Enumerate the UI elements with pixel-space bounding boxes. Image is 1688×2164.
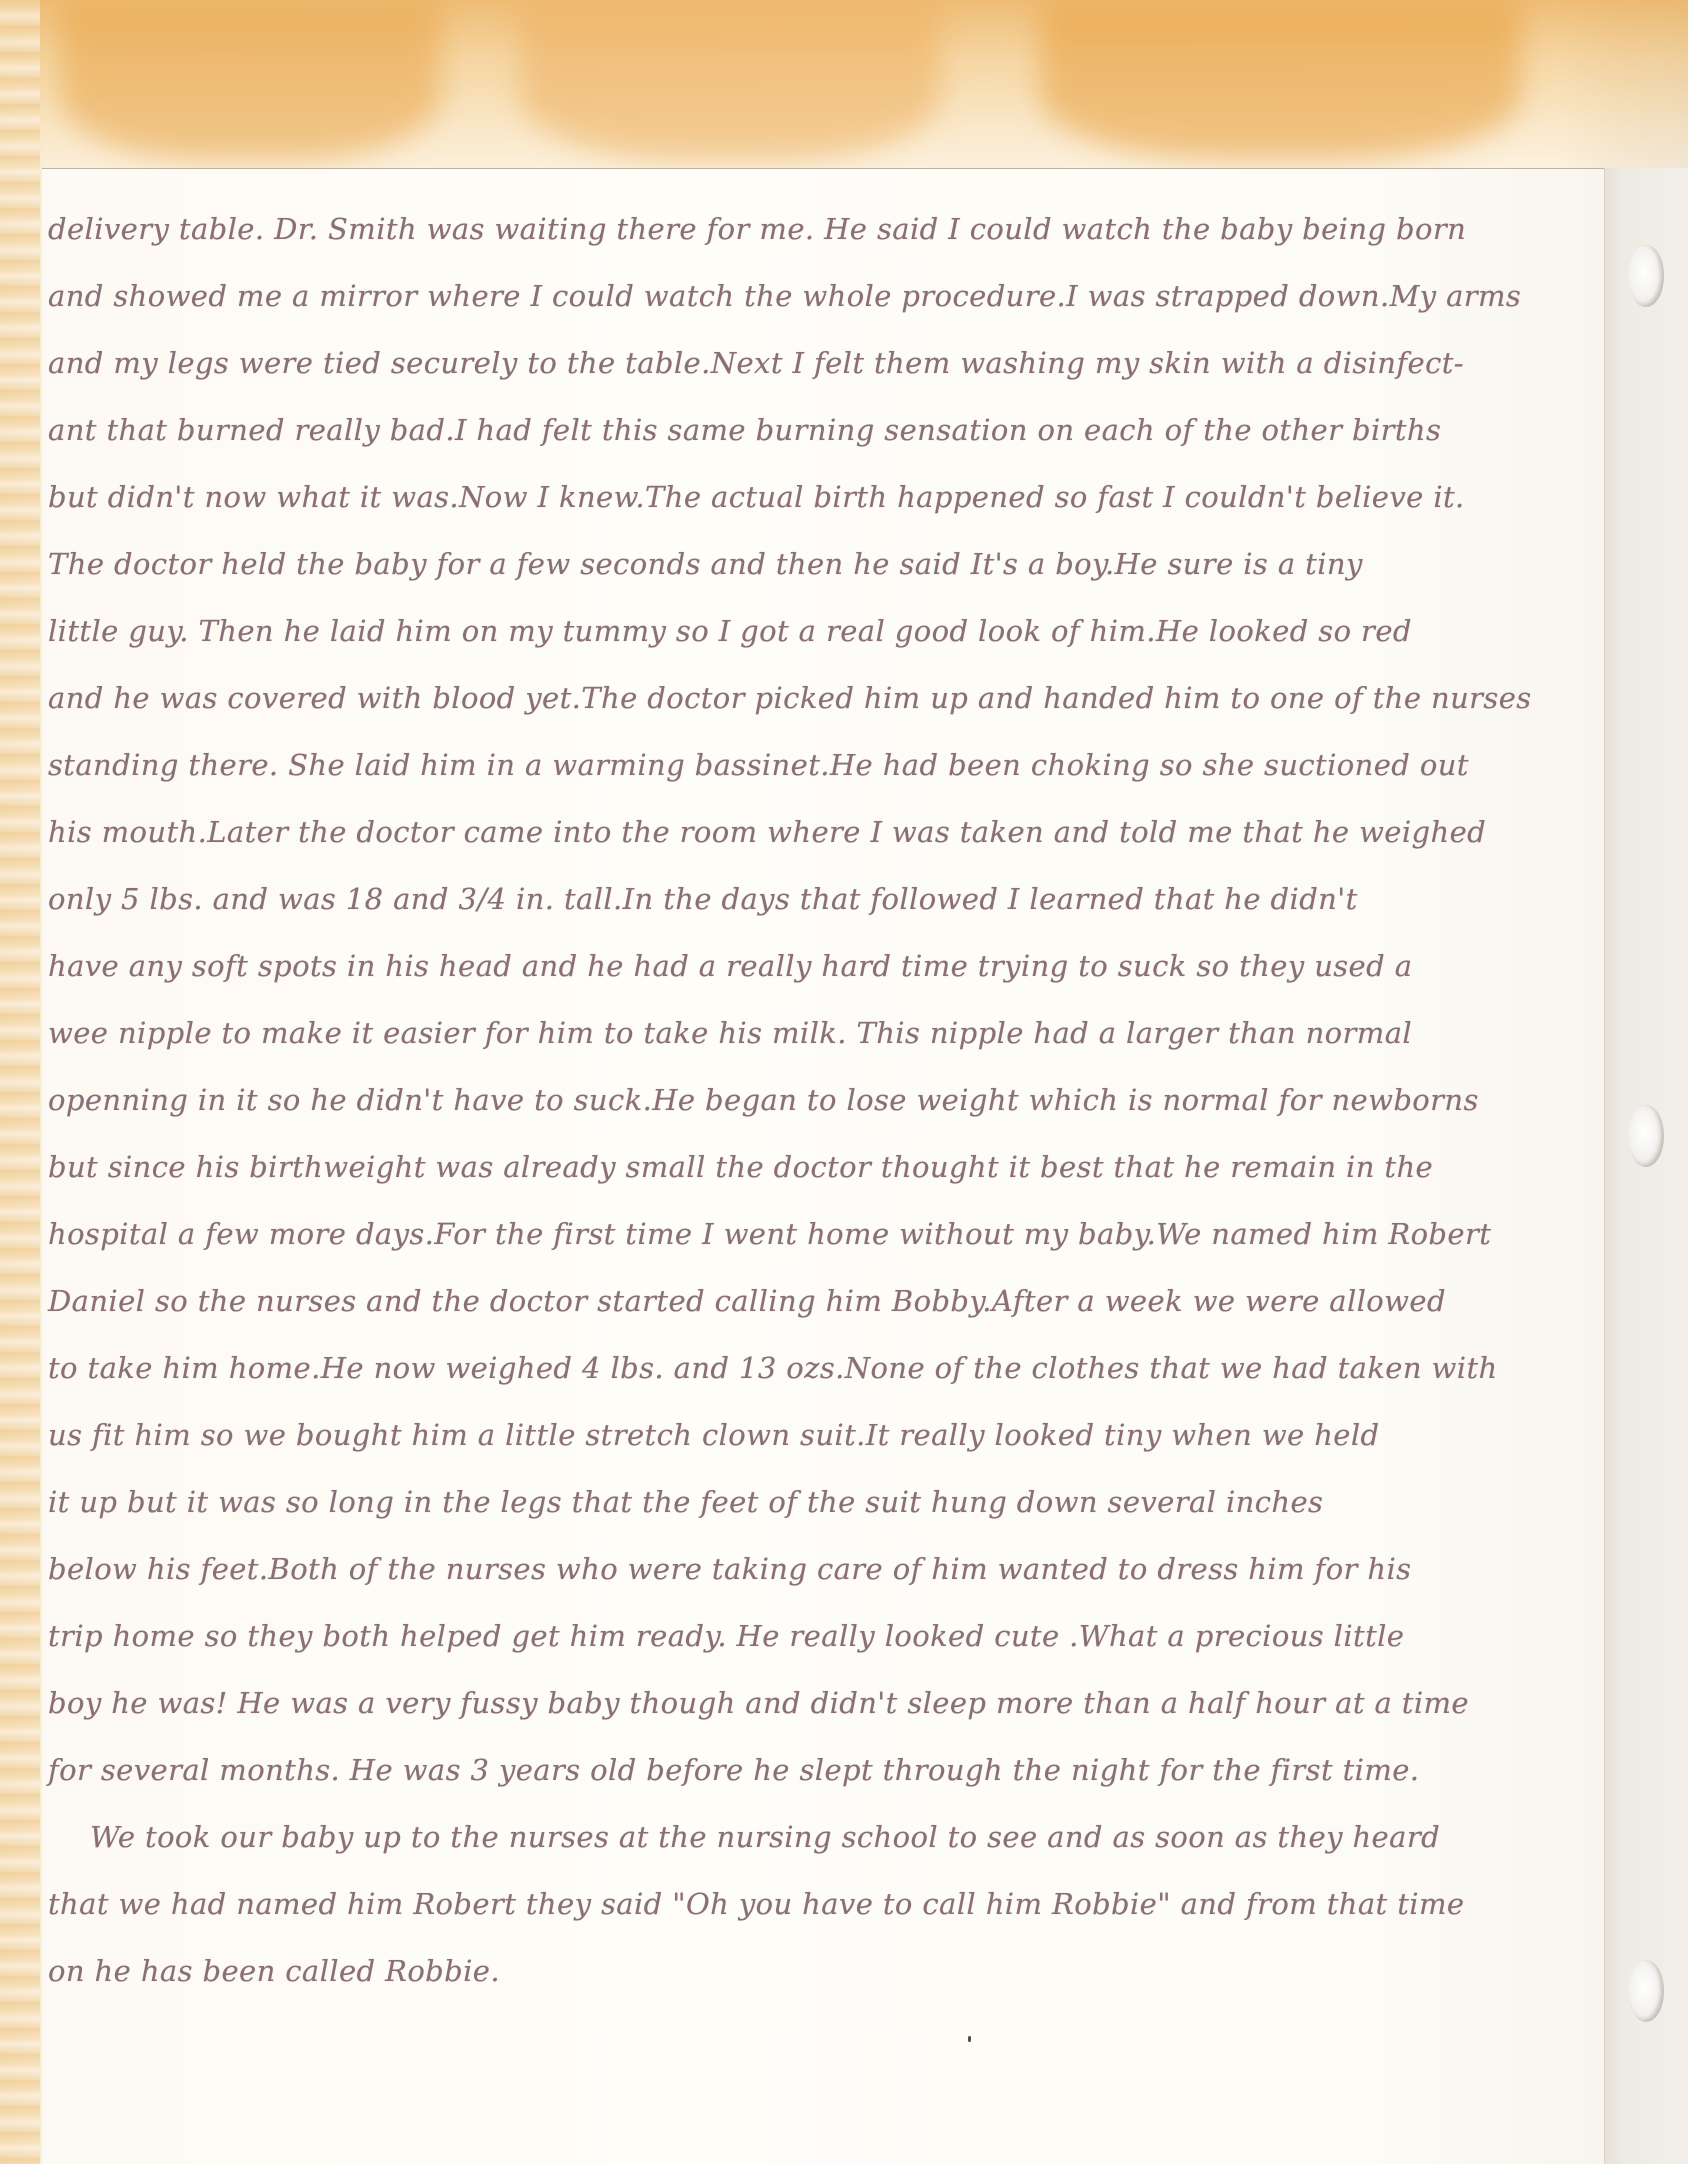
paragraph-start-line: We took our baby up to the nurses at the… [48,1804,1608,1871]
text-line: on he has been called Robbie. [48,1938,1608,2005]
text-line: delivery table. Dr. Smith was waiting th… [48,196,1608,263]
text-line: but didn't now what it was.Now I knew.Th… [48,464,1608,531]
binder-hole-icon [1628,1960,1664,2022]
text-line: hospital a few more days.For the first t… [48,1201,1608,1268]
text-line: boy he was! He was a very fussy baby tho… [48,1670,1608,1737]
text-line: The doctor held the baby for a few secon… [48,531,1608,598]
text-line: ant that burned really bad.I had felt th… [48,397,1608,464]
text-line: trip home so they both helped get him re… [48,1603,1608,1670]
text-line: Daniel so the nurses and the doctor star… [48,1268,1608,1335]
body-text: delivery table. Dr. Smith was waiting th… [48,196,1608,2005]
text-line: wee nipple to make it easier for him to … [48,1000,1608,1067]
text-line: us fit him so we bought him a little str… [48,1402,1608,1469]
binder-hole-icon [1628,1105,1664,1167]
text-line: to take him home.He now weighed 4 lbs. a… [48,1335,1608,1402]
text-line: it up but it was so long in the legs tha… [48,1469,1608,1536]
text-line: that we had named him Robert they said "… [48,1871,1608,1938]
binder-hole-icon [1628,245,1664,307]
text-line: and he was covered with blood yet.The do… [48,665,1608,732]
text-line: his mouth.Later the doctor came into the… [48,799,1608,866]
text-line: below his feet.Both of the nurses who we… [48,1536,1608,1603]
text-line: have any soft spots in his head and he h… [48,933,1608,1000]
binding-edge [0,0,40,2164]
text-line: standing there. She laid him in a warmin… [48,732,1608,799]
text-line: openning in it so he didn't have to suck… [48,1067,1608,1134]
text-line: and my legs were tied securely to the ta… [48,330,1608,397]
text-line: only 5 lbs. and was 18 and 3/4 in. tall.… [48,866,1608,933]
text-line: for several months. He was 3 years old b… [48,1737,1608,1804]
water-stain [60,0,440,160]
text-line: and showed me a mirror where I could wat… [48,263,1608,330]
water-stain [520,0,940,160]
ink-speck [968,2036,971,2042]
text-line: but since his birthweight was already sm… [48,1134,1608,1201]
water-stain [1040,0,1520,160]
text-line: little guy. Then he laid him on my tummy… [48,598,1608,665]
